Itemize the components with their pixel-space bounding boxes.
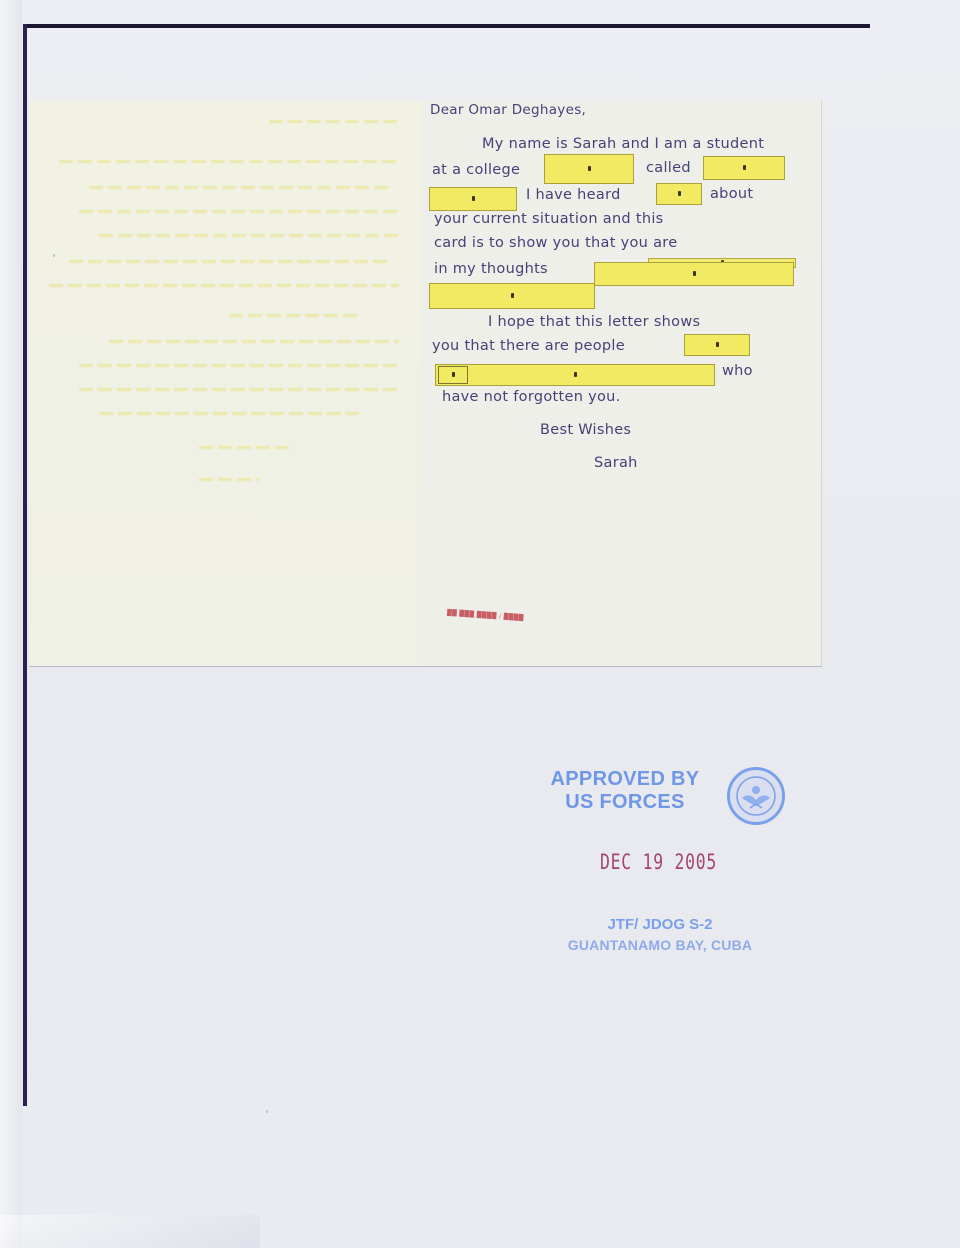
- redaction-box: [656, 183, 702, 205]
- letter-line: about: [710, 186, 753, 202]
- redaction-box: [684, 334, 750, 356]
- salutation: Dear Omar Deghayes,: [430, 102, 586, 118]
- bleed-through-stroke: [199, 446, 289, 449]
- bleed-through-stroke: [99, 234, 399, 237]
- scan-speck: [266, 1110, 268, 1113]
- scanned-page: Dear Omar Deghayes, My name is Sarah and…: [0, 0, 960, 1248]
- closing: Best Wishes: [540, 422, 631, 438]
- bleed-through-stroke: [69, 260, 389, 263]
- letter-line: card is to show you that you are: [434, 235, 677, 251]
- redaction-box: [429, 187, 517, 211]
- bleed-through-stroke: [99, 412, 359, 415]
- department-of-defense-seal-icon: [727, 767, 785, 825]
- bleed-through-stroke: [49, 284, 399, 287]
- redaction-box: [429, 283, 595, 309]
- bleed-through-stroke: [59, 160, 399, 163]
- bleed-through-stroke: [199, 478, 259, 481]
- bleed-through-stroke: [89, 186, 389, 189]
- letter-line: your current situation and this: [434, 211, 664, 227]
- unit-stamp: JTF/ JDOG S-2 GUANTANAMO BAY, CUBA: [540, 915, 780, 955]
- letter-line: called: [646, 160, 691, 176]
- approval-stamp-line2: US FORCES: [540, 791, 710, 814]
- redaction-box: [594, 262, 794, 286]
- approval-stamp-line1: APPROVED BY: [540, 768, 710, 791]
- letter-line: I hope that this letter shows: [488, 314, 700, 330]
- redaction-box: [544, 154, 634, 184]
- page-fold: [0, 1215, 260, 1248]
- bleed-through-stroke: [79, 388, 399, 391]
- bleed-through-panel: [29, 100, 421, 666]
- letter-line: have not forgotten you.: [442, 389, 621, 405]
- unit-stamp-line1: JTF/ JDOG S-2: [540, 915, 780, 935]
- redaction-box: [703, 156, 785, 180]
- frame-line-left: [23, 24, 27, 1106]
- letter-line: at a college: [432, 162, 520, 178]
- letter-line: in my thoughts: [434, 261, 548, 277]
- bleed-through-stroke: [109, 340, 399, 343]
- letter-line: you that there are people: [432, 338, 625, 354]
- signature: Sarah: [594, 455, 638, 471]
- redaction-box: [438, 366, 468, 384]
- unit-stamp-line2: GUANTANAMO BAY, CUBA: [540, 935, 780, 955]
- bleed-through-stroke: [269, 120, 399, 123]
- page-edge: [0, 0, 22, 1248]
- frame-line-top: [24, 24, 870, 28]
- bleed-through-stroke: [79, 364, 399, 367]
- letter-line: I have heard: [526, 187, 621, 203]
- letter-line: My name is Sarah and I am a student: [482, 136, 764, 152]
- bleed-through-stroke: [79, 210, 399, 213]
- redaction-box: [435, 364, 715, 386]
- letter-line: who: [722, 363, 753, 379]
- date-stamp: DEC 19 2005: [600, 850, 717, 874]
- scan-speck: [53, 254, 55, 257]
- bleed-through-stroke: [229, 314, 359, 317]
- approval-stamp: APPROVED BY US FORCES: [540, 768, 710, 814]
